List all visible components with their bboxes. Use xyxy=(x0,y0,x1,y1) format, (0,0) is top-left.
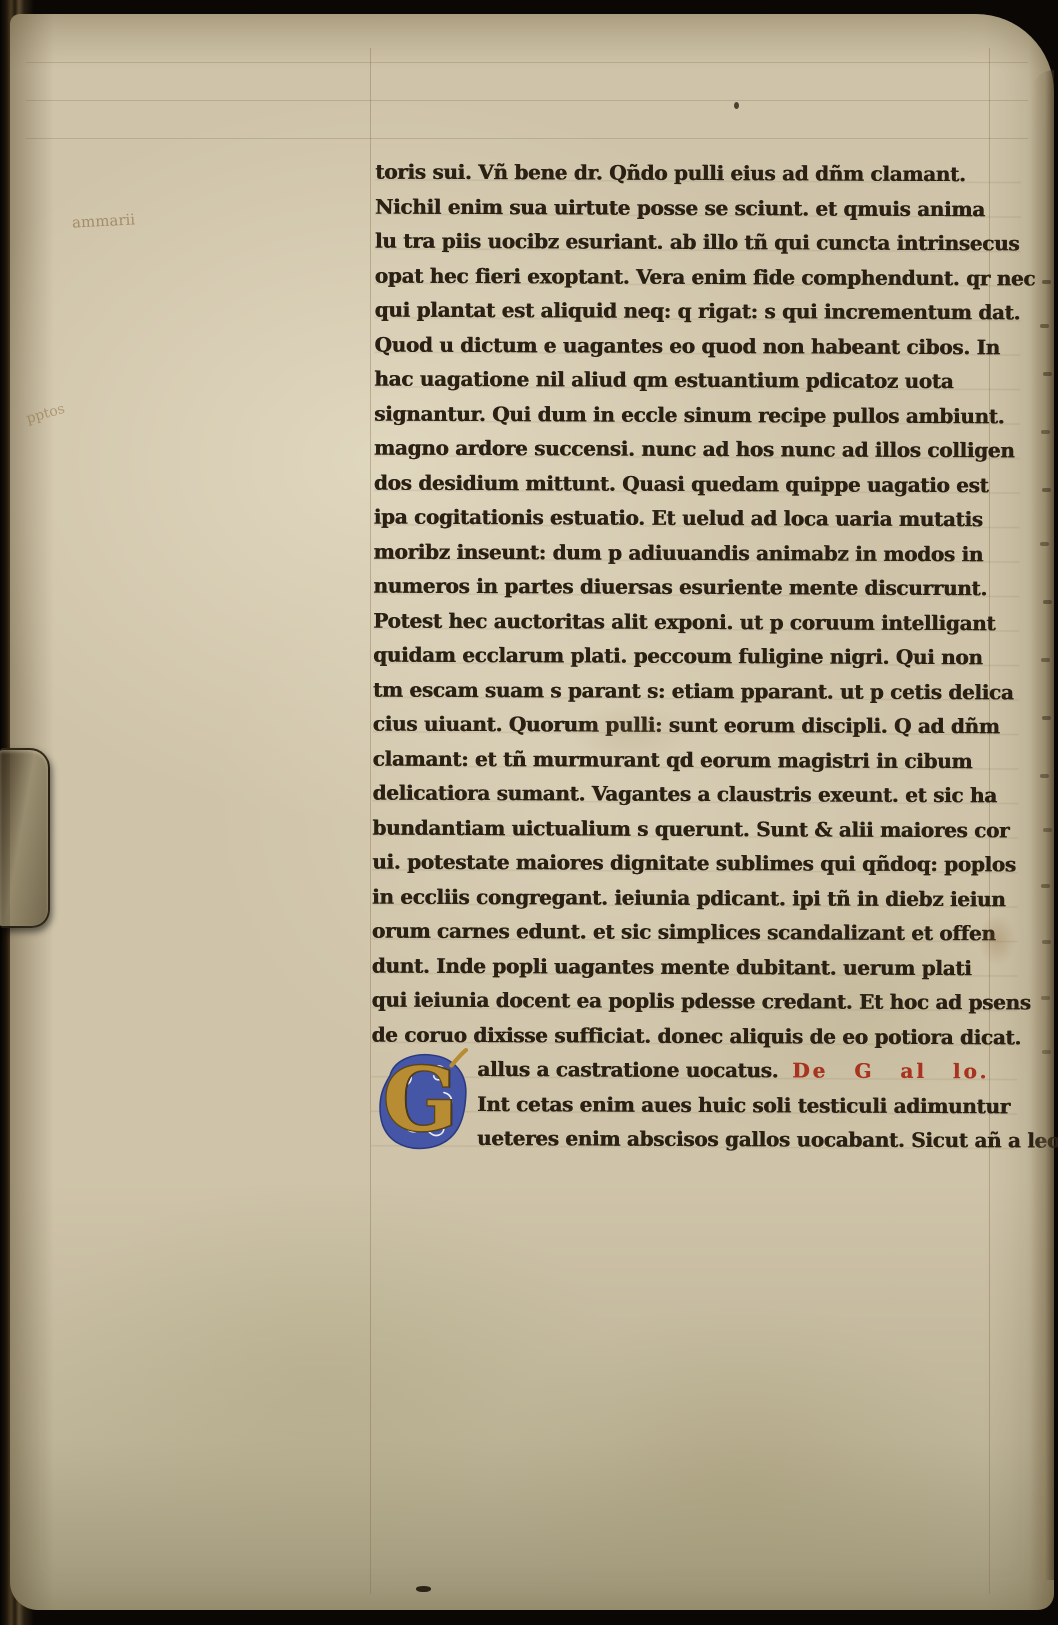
manuscript-text-line: ui. potestate maiores dignitate sublimes… xyxy=(372,845,1018,882)
chapter-rubric: De G al lo. xyxy=(792,1058,989,1083)
marginal-annotation: pptos xyxy=(25,401,67,427)
manuscript-text-line: qui plantat est aliquid neq: q rigat: s … xyxy=(374,293,1020,330)
parchment-page: ammarii pptos toris sui. Vñ bene dr. Qñd… xyxy=(10,14,1054,1610)
parchment-stain xyxy=(978,914,1016,966)
ruling-line-horizontal xyxy=(26,138,1028,139)
ink-speck xyxy=(734,102,739,109)
ruling-line-horizontal xyxy=(26,62,1028,63)
manuscript-text-line: magno ardore succensi. nunc ad hos nunc … xyxy=(374,431,1020,468)
manuscript-text-line: toris sui. Vñ bene dr. Qñdo pulli eius a… xyxy=(375,155,1021,192)
manuscript-text-line: dos desidium mittunt. Quasi quedam quipp… xyxy=(374,465,1020,502)
text-block: toris sui. Vñ bene dr. Qñdo pulli eius a… xyxy=(371,155,1021,1158)
manuscript-text-line: Quod u dictum e uagantes eo quod non hab… xyxy=(374,327,1020,364)
ruling-line-horizontal xyxy=(26,100,1028,101)
svg-text:G: G xyxy=(383,1048,458,1151)
illuminated-initial-g: G xyxy=(371,1053,471,1123)
manuscript-text-line: moribz inseunt: dum p adiuuandis animabz… xyxy=(373,534,1019,571)
manuscript-text-line: signantur. Qui dum in eccle sinum recipe… xyxy=(374,396,1020,433)
manuscript-text-line: delicatiora sumant. Vagantes a claustris… xyxy=(372,776,1018,813)
chapter-gallus-start: G allus a castratione uocatus.De G al lo… xyxy=(371,1052,1017,1158)
manuscript-text-line: qui ieiunia docent ea poplis pdesse cred… xyxy=(371,983,1017,1020)
manuscript-text-line: orum carnes edunt. et sic simplices scan… xyxy=(372,914,1018,951)
manuscript-text-line: ipa cogitationis estuatio. Et uelud ad l… xyxy=(374,500,1020,537)
manuscript-text-line: opat hec fieri exoptant. Vera enim fide … xyxy=(375,258,1021,295)
manuscript-text-line: tm escam suam s parant s: etiam pparant.… xyxy=(373,672,1019,709)
manuscript-photo-viewer: { "page": { "colors": { "background": "#… xyxy=(0,0,1058,1625)
next-page-text-showthrough xyxy=(1042,280,1051,284)
text-lines-top: toris sui. Vñ bene dr. Qñdo pulli eius a… xyxy=(371,155,1021,1055)
manuscript-text-line: lu tra piis uocibz esuriant. ab illo tñ … xyxy=(375,224,1021,261)
manuscript-text-line: numeros in partes diuersas esuriente men… xyxy=(373,569,1019,606)
binding-clasp-tab xyxy=(0,748,50,928)
fore-edge-next-page xyxy=(1032,70,1054,1580)
manuscript-text-line: cius uiuant. Quorum pulli: sunt eorum di… xyxy=(373,707,1019,744)
marginal-annotation: ammarii xyxy=(72,210,136,231)
manuscript-text-line: clamant: et tñ murmurant qd eorum magist… xyxy=(372,741,1018,778)
manuscript-text-line: dunt. Inde popli uagantes mente dubitant… xyxy=(372,948,1018,985)
manuscript-text-line: in eccliis congregant. ieiunia pdicant. … xyxy=(372,879,1018,916)
manuscript-text-line: hac uagatione nil aliud qm estuantium pd… xyxy=(374,362,1020,399)
manuscript-text-line: quidam ecclarum plati. peccoum fuligine … xyxy=(373,638,1019,675)
manuscript-text-line: bundantiam uictualium s querunt. Sunt & … xyxy=(372,810,1018,847)
manuscript-text-line: Potest hec auctoritas alit exponi. ut p … xyxy=(373,603,1019,640)
ruling-line-vertical-left xyxy=(370,48,371,1594)
edge-blemish xyxy=(416,1586,431,1592)
manuscript-text-line: Nichil enim sua uirtute posse se sciunt.… xyxy=(375,189,1021,226)
parchment-stain xyxy=(570,704,690,764)
chapter-opening-text: allus a castratione uocatus. xyxy=(477,1057,778,1082)
initial-g-art: G xyxy=(369,1049,473,1153)
